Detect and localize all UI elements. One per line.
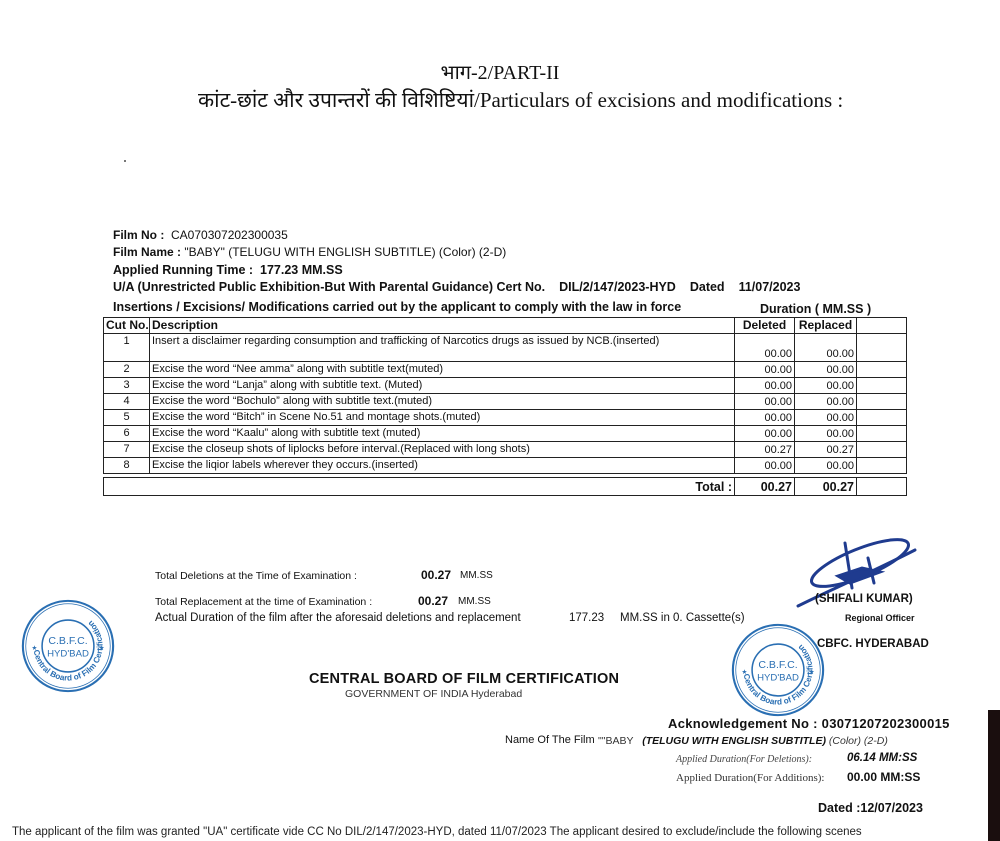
film-name-line: Film Name : "BABY" (TELUGU WITH ENGLISH …: [113, 245, 506, 259]
table-total-row: Total :00.2700.27: [104, 478, 907, 496]
table-caption: Insertions / Excisions/ Modifications ca…: [113, 300, 681, 314]
cut-no-cell: 1: [104, 334, 150, 362]
deleted-cell: 00.00: [735, 362, 795, 378]
description-cell: Excise the closeup shots of liplocks bef…: [150, 442, 735, 458]
applied-deletions-label: Applied Duration(For Deletions):: [676, 754, 812, 765]
board-subtitle: GOVERNMENT OF INDIA Hyderabad: [345, 688, 522, 700]
svg-text:★: ★: [809, 668, 815, 676]
cuts-table-body: 1Insert a disclaimer regarding consumpti…: [104, 334, 907, 496]
replaced-cell: 00.00: [795, 410, 857, 426]
actual-duration-unit: MM.SS in 0. Cassette(s): [620, 612, 745, 624]
cut-no-cell: 5: [104, 410, 150, 426]
table-row: 6Excise the word “Kaalu” along with subt…: [104, 426, 907, 442]
cut-no-cell: 4: [104, 394, 150, 410]
cut-no-cell: 3: [104, 378, 150, 394]
cbfc-stamp-icon: Central Board of Film CertificationC.B.F…: [20, 598, 116, 694]
total-deletions-unit: MM.SS: [460, 570, 493, 581]
table-row: 2Excise the word “Nee amma” along with s…: [104, 362, 907, 378]
total-deleted: 00.27: [735, 478, 795, 496]
scan-edge-shadow: [988, 710, 1000, 841]
signatory-office: CBFC. HYDERABAD: [817, 638, 929, 650]
total-replaced: 00.27: [795, 478, 857, 496]
svg-text:C.B.F.C.: C.B.F.C.: [758, 659, 797, 671]
ack-film-name-label: Name Of The Film: [505, 734, 595, 746]
certificate-date: 11/07/2023: [739, 280, 801, 294]
ack-film-name-value: ""BABY (TELUGU WITH ENGLISH SUBTITLE) (C…: [598, 735, 888, 747]
acknowledgement-date: Dated :12/07/2023: [818, 801, 923, 815]
actual-duration-label: Actual Duration of the film after the af…: [155, 612, 521, 624]
total-deletions-value: 00.27: [421, 568, 451, 582]
certificate-number: DIL/2/147/2023-HYD: [559, 280, 676, 294]
applied-additions-label: Applied Duration(For Additions):: [676, 772, 825, 784]
description-cell: Insert a disclaimer regarding consumptio…: [150, 334, 735, 362]
cut-no-cell: 7: [104, 442, 150, 458]
cuts-table: Cut No. Description Deleted Replaced 1In…: [103, 317, 907, 496]
replaced-cell: 00.00: [795, 394, 857, 410]
deleted-cell: 00.00: [735, 394, 795, 410]
replaced-cell: 00.00: [795, 334, 857, 362]
film-no-value: CA070307202300035: [171, 228, 288, 242]
scan-speck: [124, 160, 126, 162]
col-blank: [857, 318, 907, 334]
svg-text:★: ★: [99, 644, 105, 652]
table-row: 4Excise the word “Bochulo” along with su…: [104, 394, 907, 410]
signatory-role: Regional Officer: [845, 613, 915, 623]
svg-text:★: ★: [32, 644, 38, 652]
deleted-cell: 00.27: [735, 442, 795, 458]
table-row: 5Excise the word “Bitch” in Scene No.51 …: [104, 410, 907, 426]
running-time-value: 177.23 MM.SS: [260, 263, 343, 277]
ack-film-name-rest: (TELUGU WITH ENGLISH SUBTITLE): [642, 735, 826, 747]
description-cell: Excise the word “Lanja” along with subti…: [150, 378, 735, 394]
film-name-value: "BABY" (TELUGU WITH ENGLISH SUBTITLE) (C…: [184, 245, 506, 259]
deleted-cell: 00.00: [735, 458, 795, 474]
footer-paragraph: The applicant of the film was granted "U…: [12, 826, 862, 838]
table-row: 3Excise the word “Lanja” along with subt…: [104, 378, 907, 394]
deleted-cell: 00.00: [735, 426, 795, 442]
description-cell: Excise the word “Kaalu” along with subti…: [150, 426, 735, 442]
replaced-cell: 00.00: [795, 458, 857, 474]
ack-film-name-suffix: (Color) (2-D): [829, 735, 888, 747]
table-header-row: Cut No. Description Deleted Replaced: [104, 318, 907, 334]
replaced-cell: 00.27: [795, 442, 857, 458]
svg-text:HYD'BAD: HYD'BAD: [47, 649, 89, 660]
blank-cell: [857, 458, 907, 474]
cut-no-cell: 2: [104, 362, 150, 378]
certificate-category: U/A (Unrestricted Public Exhibition-But …: [113, 280, 545, 294]
blank-cell: [857, 378, 907, 394]
svg-text:C.B.F.C.: C.B.F.C.: [48, 635, 87, 647]
col-replaced: Replaced: [795, 318, 857, 334]
replaced-cell: 00.00: [795, 378, 857, 394]
board-name: CENTRAL BOARD OF FILM CERTIFICATION: [309, 671, 619, 687]
cut-no-cell: 8: [104, 458, 150, 474]
description-cell: Excise the liqior labels wherever they o…: [150, 458, 735, 474]
blank-cell: [857, 478, 907, 496]
applied-deletions-value: 06.14 MM:SS: [847, 752, 917, 764]
particulars-title: कांट-छांट और उपान्तरों की विशिष्टियां/Pa…: [198, 86, 843, 114]
total-deletions-label: Total Deletions at the Time of Examinati…: [155, 570, 357, 582]
total-label: Total :: [104, 478, 735, 496]
description-cell: Excise the word “Nee amma” along with su…: [150, 362, 735, 378]
replaced-cell: 00.00: [795, 362, 857, 378]
table-row: 1Insert a disclaimer regarding consumpti…: [104, 334, 907, 362]
acknowledgement-line: Acknowledgement No : 03071207202300015: [668, 716, 950, 731]
part-title: भाग-2/PART-II: [0, 58, 1000, 85]
running-time-line: Applied Running Time : 177.23 MM.SS: [113, 263, 343, 277]
col-cut-no: Cut No.: [104, 318, 150, 334]
applied-additions-value: 00.00 MM:SS: [847, 770, 920, 784]
total-replacement-unit: MM.SS: [458, 596, 491, 607]
running-time-label: Applied Running Time :: [113, 263, 253, 277]
film-name-label: Film Name :: [113, 245, 181, 259]
blank-cell: [857, 426, 907, 442]
col-description: Description: [150, 318, 735, 334]
svg-text:★: ★: [742, 668, 748, 676]
certificate-dated-label: Dated: [690, 280, 725, 294]
total-replacement-value: 00.27: [418, 594, 448, 608]
total-replacement-label: Total Replacement at the time of Examina…: [155, 596, 372, 608]
replaced-cell: 00.00: [795, 426, 857, 442]
duration-caption: Duration ( MM.SS ): [760, 302, 871, 316]
acknowledgement-number: 03071207202300015: [822, 716, 950, 731]
ack-film-name-quoted: ""BABY: [598, 735, 633, 747]
blank-cell: [857, 362, 907, 378]
signatory-name: (SHIFALI KUMAR): [815, 593, 913, 605]
cut-no-cell: 6: [104, 426, 150, 442]
col-deleted: Deleted: [735, 318, 795, 334]
description-cell: Excise the word “Bitch” in Scene No.51 a…: [150, 410, 735, 426]
acknowledgement-label: Acknowledgement No :: [668, 716, 818, 731]
svg-text:HYD'BAD: HYD'BAD: [757, 673, 799, 684]
blank-cell: [857, 334, 907, 362]
film-no-line: Film No : CA070307202300035: [113, 228, 288, 242]
film-no-label: Film No :: [113, 228, 164, 242]
cbfc-stamp-icon: Central Board of Film CertificationC.B.F…: [730, 622, 826, 718]
blank-cell: [857, 394, 907, 410]
blank-cell: [857, 410, 907, 426]
description-cell: Excise the word “Bochulo” along with sub…: [150, 394, 735, 410]
table-row: 8Excise the liqior labels wherever they …: [104, 458, 907, 474]
deleted-cell: 00.00: [735, 378, 795, 394]
certificate-line: U/A (Unrestricted Public Exhibition-But …: [113, 280, 800, 294]
actual-duration-value: 177.23: [569, 612, 604, 624]
blank-cell: [857, 442, 907, 458]
deleted-cell: 00.00: [735, 410, 795, 426]
table-row: 7Excise the closeup shots of liplocks be…: [104, 442, 907, 458]
deleted-cell: 00.00: [735, 334, 795, 362]
